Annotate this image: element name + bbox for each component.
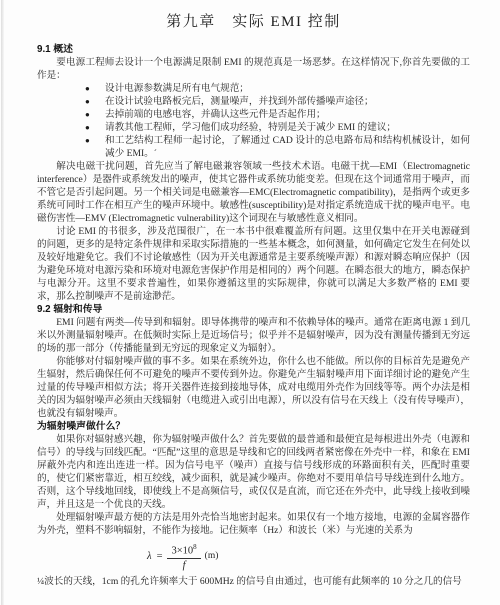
enclosure-paragraph: 处理辐射噪声最方便的方法是用外壳恰当地密封起来。如果仅有一个地方接地，电源的金属…: [37, 511, 470, 537]
scan-edge-artifact: [1, 0, 4, 605]
scope-paragraph: 讨论 EMI 的书很多，涉及范围很广，在一本书中很难覆盖所有问题。这里仅集中在开…: [37, 225, 470, 303]
bullet-icon: ●: [85, 121, 90, 134]
formula-fraction: 3×108 f: [167, 542, 200, 571]
formula-numerator-base: 3×10: [171, 546, 193, 557]
page-content: 第九章 实际 EMI 控制 9.1 概述 要电源工程师去设计一个电源满足限制 E…: [37, 8, 470, 588]
radiated-noise-paragraph: 你能够对付辐射噪声做的事不多。如果在系统外边，你什么也不能做。所以你的目标首先是…: [37, 355, 470, 420]
formula-denominator: f: [167, 559, 200, 571]
intro-paragraph: 要电源工程师去设计一个电源满足限制 EMI 的规范真是一场恶梦。在这样情况下,你…: [37, 56, 470, 82]
list-item-text: 设计电源参数满足所有电气规范；: [105, 83, 249, 94]
bullet-icon: ●: [85, 95, 90, 108]
formula-numerator: 3×108: [167, 542, 200, 559]
list-item-text: 在设计试验电路板完后，测量噪声，并找到外部传播噪声途径；: [105, 96, 374, 107]
radiated-noise-subheading: 为辐射噪声做什么？: [37, 420, 470, 433]
list-item: ● 在设计试验电路板完后，测量噪声，并找到外部传播噪声途径；: [37, 95, 470, 108]
formula-lambda: λ: [147, 551, 152, 562]
bullet-icon: ●: [85, 108, 90, 121]
list-item-text: 去掉前端的电感电容，并确认这些元件是否起作用；: [105, 109, 326, 120]
formula-unit: (m): [205, 551, 219, 561]
list-item: ● 去掉前端的电感电容，并确认这些元件是否起作用；: [37, 108, 470, 121]
wavelength-formula: λ = 3×108 f (m): [147, 542, 470, 571]
terminology-paragraph: 解决电磁干扰问题，首先应当了解电磁兼容领域一些技术术语。电磁干扰—EMI（Ele…: [37, 160, 470, 225]
formula-exponent: 8: [193, 543, 197, 551]
noise-types-paragraph: EMI 问题有两类—传导到和辐射。即导体携带的噪声和不依赖导体的噪声。通常在距离…: [37, 316, 470, 355]
matching-paragraph: 如果你对辐射感兴趣，你为辐射噪声做什么？首先要做的最普通和最便宜是每根进出外壳（…: [37, 433, 470, 511]
list-item-text: 请教其他工程师，学习他们成功经验，特别是关于减少 EMI 的建议；: [105, 122, 396, 133]
aperture-paragraph: ¼波长的天线，1cm 的孔允许频率大于 600MHz 的信号自由通过，也可能有此…: [37, 575, 470, 588]
section-9-2-heading: 9.2 辐射和传导: [37, 303, 470, 316]
bullet-icon: ●: [85, 134, 90, 147]
section-9-1-heading: 9.1 概述: [37, 43, 470, 56]
list-item: ● 和工艺结构工程师一起讨论，了解通过 CAD 设计的总电路布局和结构机械设计，…: [37, 134, 470, 160]
formula-equals: =: [157, 551, 163, 562]
bullet-icon: ●: [85, 82, 90, 95]
list-item: ● 设计电源参数满足所有电气规范；: [37, 82, 470, 95]
list-item-text: 和工艺结构工程师一起讨论，了解通过 CAD 设计的总电路布局和结构机械设计，如何…: [105, 135, 470, 159]
document-page: 第九章 实际 EMI 控制 9.1 概述 要电源工程师去设计一个电源满足限制 E…: [0, 0, 500, 605]
chapter-title: 第九章 实际 EMI 控制: [37, 10, 470, 31]
list-item: ● 请教其他工程师，学习他们成功经验，特别是关于减少 EMI 的建议；: [37, 121, 470, 134]
task-bullet-list: ● 设计电源参数满足所有电气规范； ● 在设计试验电路板完后，测量噪声，并找到外…: [37, 82, 470, 160]
